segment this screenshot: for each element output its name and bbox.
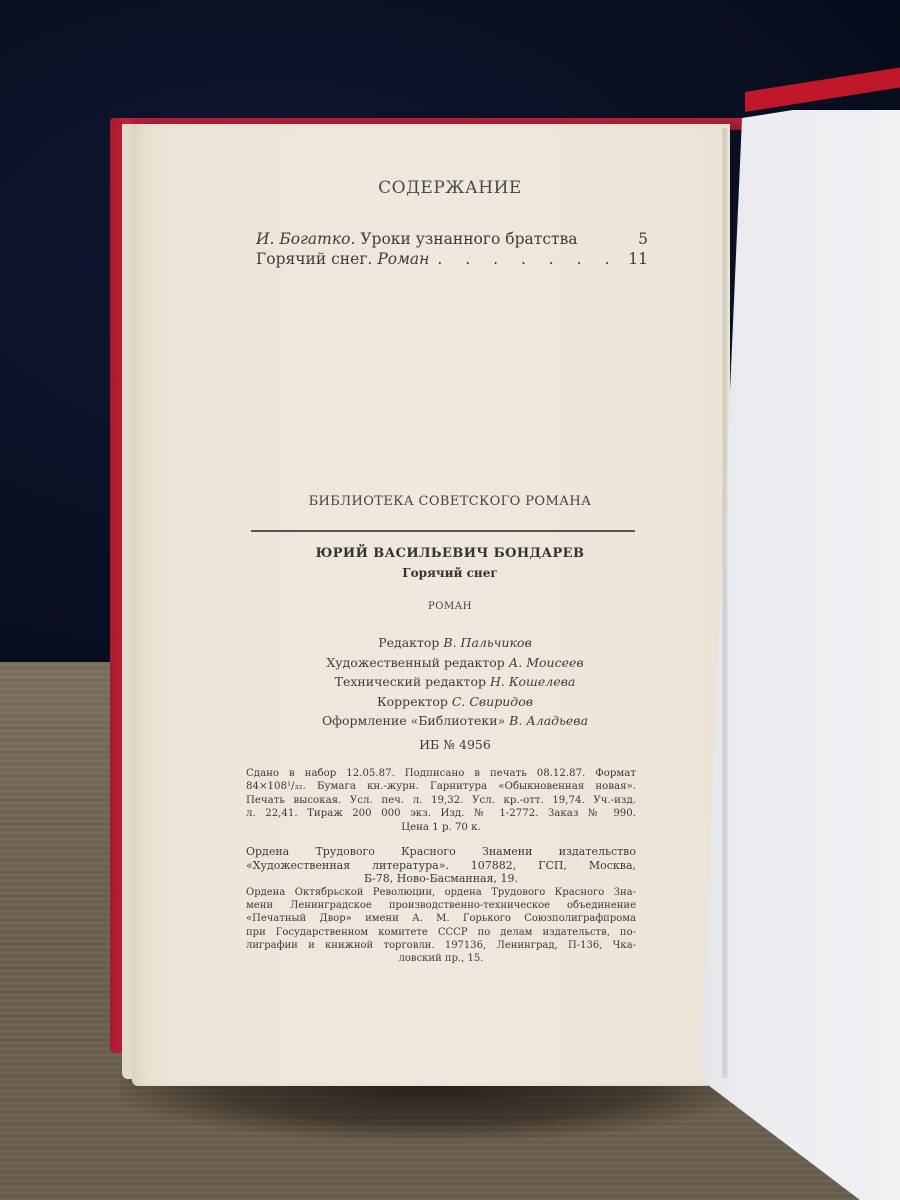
- toc-entry-page: 5: [620, 230, 648, 248]
- credit-name: А. Моисеев: [509, 655, 584, 670]
- credit-line: Оформление «Библиотеки» В. Аладьева: [290, 711, 620, 731]
- publisher-block: Ордена Трудового Красного Знамени издате…: [246, 845, 636, 886]
- imprint-line: Печать высокая. Усл. печ. л. 19,32. Усл.…: [246, 794, 636, 807]
- publisher-address: Б-78, Ново-Басманная, 19.: [246, 872, 636, 886]
- credit-name: С. Свиридов: [452, 694, 533, 709]
- imprint-line: л. 22,41. Тираж 200 000 экз. Изд. № 1-27…: [246, 807, 636, 820]
- printer-line: «Печатный Двор» имени А. М. Горького Сою…: [246, 912, 636, 925]
- toc-heading: СОДЕРЖАНИЕ: [240, 178, 660, 198]
- credit-name: Н. Кошелева: [490, 674, 575, 689]
- toc-entry: И. Богатко. Уроки узнанного братства 5: [256, 230, 648, 252]
- toc-entry-text: И. Богатко. Уроки узнанного братства: [256, 230, 578, 248]
- ib-number: ИБ № 4956: [290, 737, 620, 752]
- credit-name: В. Аладьева: [509, 713, 588, 728]
- toc-entry-author: И. Богатко.: [256, 230, 355, 248]
- credits-list: Редактор В. Пальчиков Художественный ред…: [290, 633, 620, 731]
- credit-line: Редактор В. Пальчиков: [290, 633, 620, 653]
- credit-role: Редактор: [378, 635, 439, 650]
- printer-line: мени Ленинградское производственно-техни…: [246, 899, 636, 912]
- imprint-line: 84×108¹/₃₂. Бумага кн.-журн. Гарнитура «…: [246, 780, 636, 793]
- printer-line: лиграфии и книжной торговли. 197136, Лен…: [246, 939, 636, 952]
- credit-role: Технический редактор: [335, 674, 486, 689]
- credit-role: Корректор: [377, 694, 448, 709]
- credit-line: Художественный редактор А. Моисеев: [290, 653, 620, 673]
- toc-entry-text: Горячий снег. Роман: [256, 250, 429, 268]
- price: Цена 1 р. 70 к.: [246, 821, 636, 834]
- toc-entry-genre: Роман: [377, 250, 429, 268]
- credit-role: Художественный редактор: [326, 655, 504, 670]
- credit-name: В. Пальчиков: [443, 635, 531, 650]
- printer-line: при Государственном комитете СССР по дел…: [246, 926, 636, 939]
- toc-entry-page: 11: [620, 250, 648, 268]
- toc-entry-title: Горячий снег.: [256, 250, 372, 268]
- publisher-line: «Художественная литература». 107882, ГСП…: [246, 859, 636, 873]
- toc-entry: Горячий снег. Роман . . . . . . . . 11: [256, 250, 648, 272]
- book-genre: РОМАН: [240, 601, 660, 612]
- printer-block: Ордена Октябрьской Революции, ордена Тру…: [246, 886, 636, 965]
- imprint-line: Сдано в набор 12.05.87. Подписано в печа…: [246, 767, 636, 780]
- credit-line: Корректор С. Свиридов: [290, 692, 620, 712]
- series-title: БИБЛИОТЕКА СОВЕТСКОГО РОМАНА: [240, 494, 660, 509]
- toc-leader-dots: . . . . . . . .: [437, 250, 620, 268]
- book-gutter: [722, 128, 728, 1078]
- imprint-block: Сдано в набор 12.05.87. Подписано в печа…: [246, 767, 636, 834]
- toc-entry-title: Уроки узнанного братства: [360, 230, 577, 248]
- divider-rule: [251, 530, 635, 532]
- printer-address-last: ловский пр., 15.: [246, 952, 636, 965]
- printer-line: Ордена Октябрьской Революции, ордена Тру…: [246, 886, 636, 899]
- publisher-line: Ордена Трудового Красного Знамени издате…: [246, 845, 636, 859]
- book-author: ЮРИЙ ВАСИЛЬЕВИЧ БОНДАРЕВ: [240, 546, 660, 561]
- book-title: Горячий снег: [240, 566, 660, 580]
- credit-line: Технический редактор Н. Кошелева: [290, 672, 620, 692]
- credit-role: Оформление «Библиотеки»: [322, 713, 505, 728]
